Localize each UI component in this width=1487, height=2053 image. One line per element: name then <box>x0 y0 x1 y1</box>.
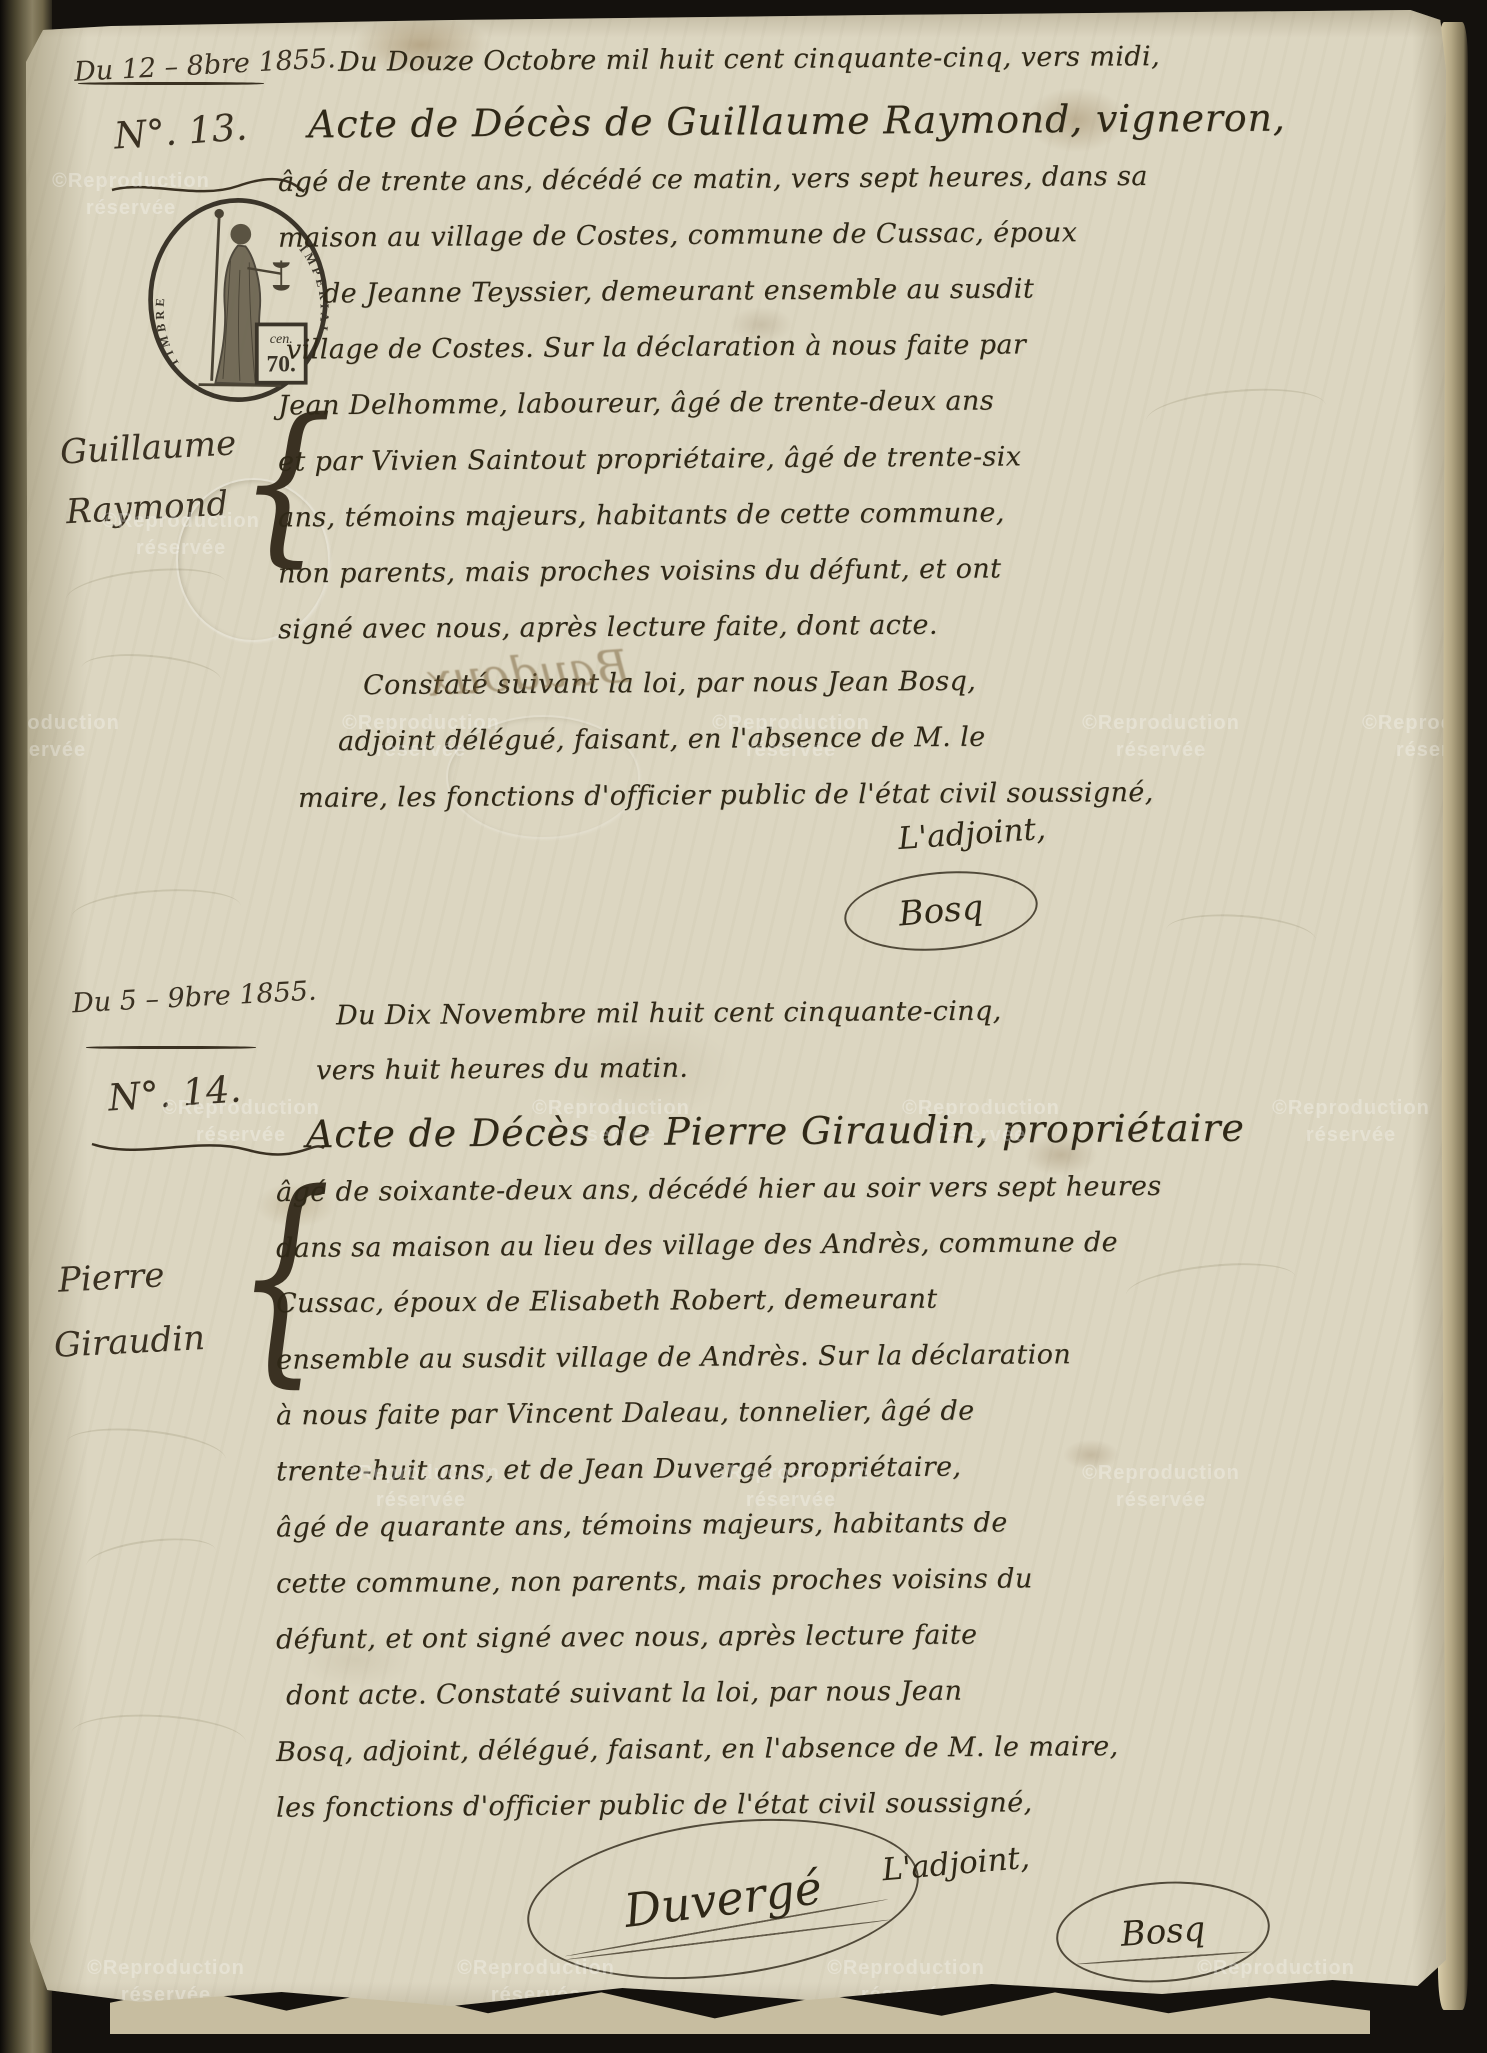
signature-text: Bosq <box>897 887 985 934</box>
register-text-line: ans, témoins majeurs, habitants de cette… <box>278 497 1005 533</box>
register-text-line: maire, les fonctions d'officier public d… <box>298 777 1154 814</box>
register-text-line: âgé de quarante ans, témoins majeurs, ha… <box>276 1507 1008 1543</box>
register-text-line: et par Vivien Saintout propriétaire, âgé… <box>278 441 1022 477</box>
watermark-reproduction-reservee: ©Reproductionréservée <box>1266 1095 1436 1149</box>
register-text-line: Du Douze Octobre mil huit cent cinquante… <box>338 41 1160 78</box>
entry1-margin-name-first: Guillaume <box>59 423 237 472</box>
register-text-line: vers huit heures du matin. <box>316 1053 689 1087</box>
register-text-line: village de Costes. Sur la déclaration à … <box>286 329 1026 365</box>
ink-bleedthrough <box>70 1710 247 1765</box>
scanned-register-photo: { "document": { "watermark_line1": "©Rep… <box>0 0 1487 2053</box>
ink-bleedthrough <box>1165 910 1317 960</box>
entry2-margin-name-first: Pierre <box>57 1255 165 1301</box>
register-text-line: Bosq, adjoint, délégué, faisant, en l'ab… <box>276 1731 1119 1768</box>
ink-bleedthrough <box>1124 1256 1297 1316</box>
register-text-line: ensemble au susdit village de Andrès. Su… <box>276 1339 1071 1376</box>
watermark-reproduction-reservee: ©Reproductionréservée <box>1076 710 1246 764</box>
entry2-margin-name-last: Giraudin <box>53 1318 206 1366</box>
entry2-margin-number: N°. 14. <box>107 1067 243 1119</box>
register-text-line: Acte de Décès de Pierre Giraudin, propri… <box>306 1107 1245 1157</box>
ink-bleedthrough <box>1144 382 1327 444</box>
ink-bleedthrough <box>80 649 223 699</box>
entry1-margin-rule <box>78 82 264 85</box>
register-page: Du 12 – 8bre 1855. N°. 13. TIMBRE IMPERI… <box>26 10 1446 2012</box>
register-text-line: Cussac, époux de Elisabeth Robert, demeu… <box>276 1284 938 1320</box>
register-text-line: de Jeanne Teyssier, demeurant ensemble a… <box>323 274 1034 310</box>
register-text-line: à nous faite par Vincent Daleau, tonneli… <box>276 1396 975 1432</box>
watermark-reproduction-reservee: ©Reproductionréservée <box>1076 1460 1246 1514</box>
register-text-line: adjoint délégué, faisant, en l'absence d… <box>338 722 986 758</box>
register-text-line: non parents, mais proches voisins du déf… <box>278 553 1002 589</box>
entry1-signature-bosq: Bosq <box>841 864 1041 959</box>
entry1-brace: { <box>238 397 333 570</box>
register-text-line: trente-huit ans, et de Jean Duvergé prop… <box>276 1452 962 1488</box>
register-text-line: maison au village de Costes, commune de … <box>278 217 1077 254</box>
entry2-margin-date: Du 5 – 9bre 1855. <box>71 976 317 1020</box>
register-text-line: âgé de trente ans, décédé ce matin, vers… <box>278 161 1148 198</box>
register-text-line: cette commune, non parents, mais proches… <box>276 1563 1033 1599</box>
ink-bleedthrough <box>64 1422 228 1480</box>
register-text-line: défunt, et ont signé avec nous, après le… <box>276 1620 978 1656</box>
entry2-margin-rule <box>86 1046 256 1049</box>
register-text-line: dont acte. Constaté suivant la loi, par … <box>286 1676 963 1712</box>
ink-bleedthrough <box>70 884 243 940</box>
register-text-line: âgé de soixante-deux ans, décédé hier au… <box>276 1171 1162 1208</box>
entry2-signature-duverge: Duvergé <box>518 1799 928 2000</box>
entry2-signature-bosq: Bosq <box>1053 1875 1273 1990</box>
register-text-line: dans sa maison au lieu des village des A… <box>276 1227 1118 1264</box>
entry1-closing: L'adjoint, <box>897 811 1047 857</box>
register-text-line: Jean Delhomme, laboureur, âgé de trente-… <box>278 386 994 422</box>
stamp-text-timbre: TIMBRE <box>153 294 183 370</box>
signature-text: Bosq <box>1119 1909 1206 1955</box>
entry1-margin-number: N°. 13. <box>113 105 249 157</box>
register-text-line: Acte de Décès de Guillaume Raymond, vign… <box>308 97 1286 148</box>
ink-bleedthrough <box>84 1532 217 1584</box>
register-text-line: Du Dix Novembre mil huit cent cinquante-… <box>336 996 1002 1032</box>
entry1-margin-name-last: Raymond <box>65 484 229 532</box>
register-text-line: les fonctions d'officier public de l'éta… <box>276 1787 1033 1823</box>
